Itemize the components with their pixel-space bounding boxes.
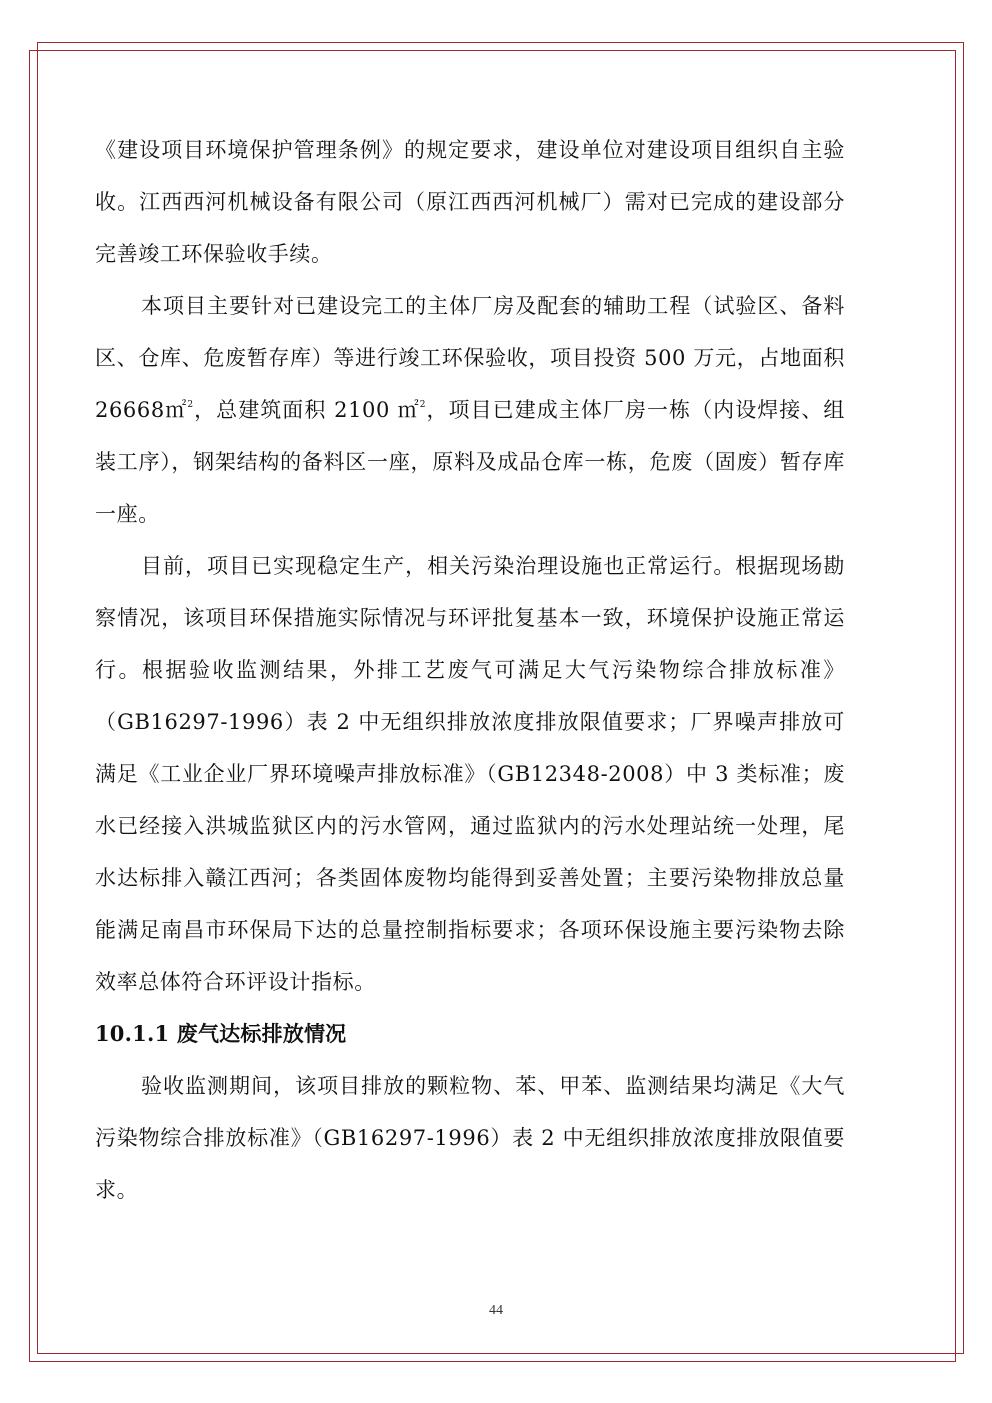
- paragraph-status: 目前，项目已实现稳定生产，相关污染治理设施也正常运行。根据现场勘察情况，该项目环…: [95, 540, 845, 1008]
- page-content: 《建设项目环境保护管理条例》的规定要求，建设单位对建设项目组织自主验收。江西西河…: [95, 124, 845, 1216]
- section-heading: 10.1.1 废气达标排放情况: [95, 1008, 845, 1060]
- scope-text-b: ，总建筑面积 2100 ㎡: [194, 398, 420, 422]
- paragraph-project-scope: 本项目主要针对已建设完工的主体厂房及配套的辅助工程（试验区、备料区、仓库、危废暂…: [95, 280, 845, 540]
- page-number: 44: [0, 1303, 992, 1319]
- paragraph-exhaust-results: 验收监测期间，该项目排放的颗粒物、苯、甲苯、监测结果均满足《大气污染物综合排放标…: [95, 1060, 845, 1216]
- paragraph-regulation: 《建设项目环境保护管理条例》的规定要求，建设单位对建设项目组织自主验收。江西西河…: [95, 124, 845, 280]
